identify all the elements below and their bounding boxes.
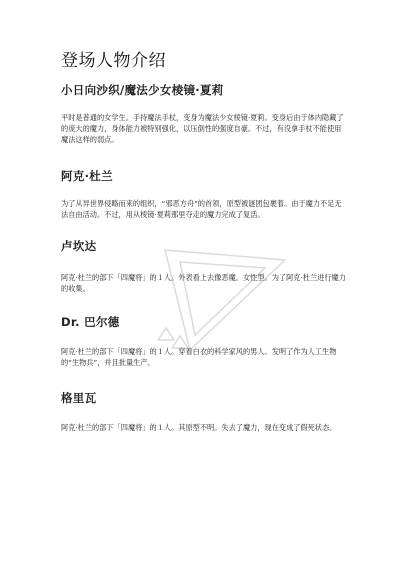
character-description: 阿克·杜兰的部下「四魔将」的１人。穿着白衣的科学家风的男人。发明了作为人工生物的… <box>61 346 346 368</box>
character-heading: Dr. 巴尔德 <box>61 314 346 330</box>
character-description: 为了从异世界侵略而来的组织，“邪恶方舟”的首领，原型被谜团包裹着。由于魔力不足无… <box>61 198 346 220</box>
character-section-lucanda: 卢坎达 阿克·杜兰的部下「四魔将」的１人。外表看上去像恶魔。女性型。为了阿克·杜… <box>61 238 346 294</box>
character-section-ark-duran: 阿克·杜兰 为了从异世界侵略而来的组织，“邪恶方舟”的首领，原型被谜团包裹着。由… <box>61 168 346 220</box>
character-description: 平时是普通的女学生。手持魔法手杖，变身为魔法少女棱镜·夏莉。变身后由于体内隐藏了… <box>61 112 346 145</box>
character-section-saori: 小日向沙织/魔法少女棱镜·夏莉 平时是普通的女学生。手持魔法手杖，变身为魔法少女… <box>61 82 346 145</box>
character-description: 阿克·杜兰的部下「四魔将」的１人。其原型不明。失去了魔力，现在变成了假死状态。 <box>61 422 346 433</box>
character-section-dr-bald: Dr. 巴尔德 阿克·杜兰的部下「四魔将」的１人。穿着白衣的科学家风的男人。发明… <box>61 314 346 368</box>
character-description: 阿克·杜兰的部下「四魔将」的１人。外表看上去像恶魔。女性型。为了阿克·杜兰进行魔… <box>61 272 346 294</box>
character-heading: 卢坎达 <box>61 238 346 254</box>
character-heading: 阿克·杜兰 <box>61 168 346 184</box>
character-section-griva: 格里瓦 阿克·杜兰的部下「四魔将」的１人。其原型不明。失去了魔力，现在变成了假死… <box>61 390 346 433</box>
character-heading: 格里瓦 <box>61 390 346 406</box>
character-heading: 小日向沙织/魔法少女棱镜·夏莉 <box>61 82 346 98</box>
document-page: 登场人物介绍 小日向沙织/魔法少女棱镜·夏莉 平时是普通的女学生。手持魔法手杖，… <box>0 0 400 565</box>
page-title: 登场人物介绍 <box>61 46 166 71</box>
